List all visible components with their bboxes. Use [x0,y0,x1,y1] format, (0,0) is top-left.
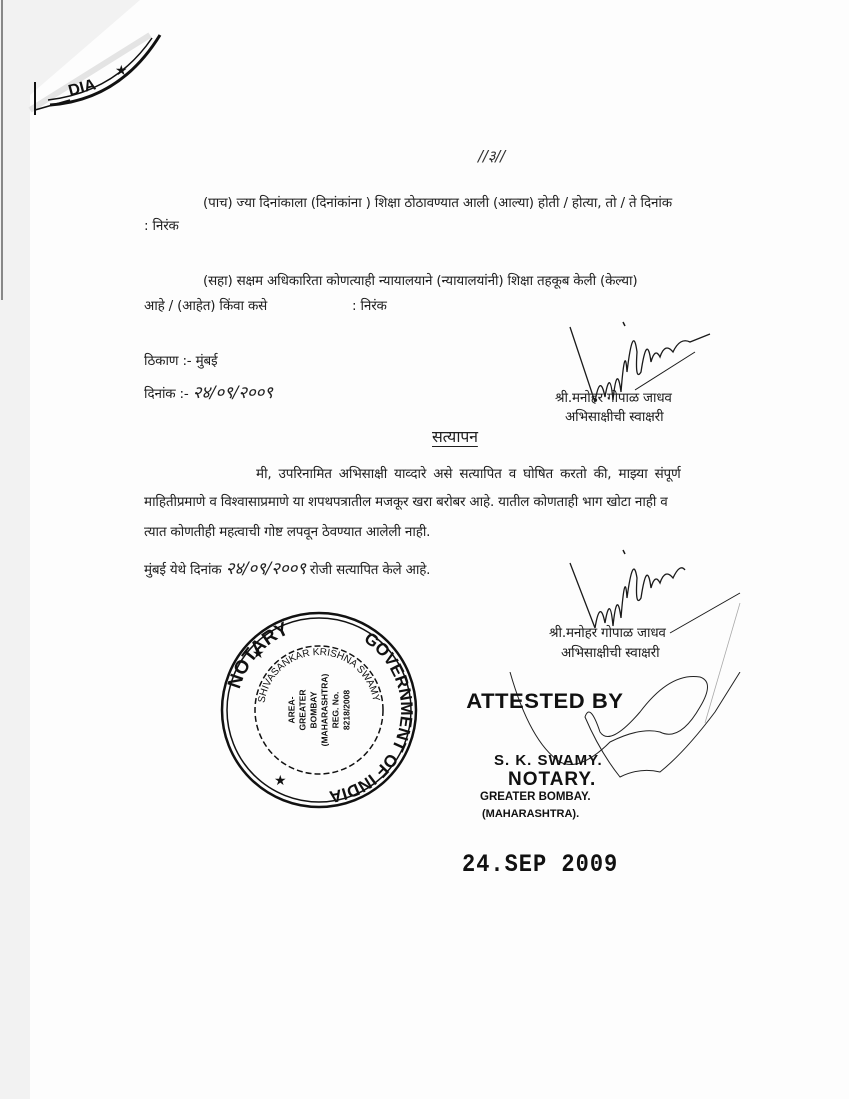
svg-text:★: ★ [115,63,128,79]
signature-2-caption: अभिसाक्षीची स्वाक्षरी [561,643,659,661]
document-page: DIA ★ //३// (पाच) ज्या दिनांकाला (दिनांक… [0,0,849,1099]
svg-text:BOMBAY: BOMBAY [309,691,319,728]
notary-name: S. K. SWAMY. [494,752,603,769]
svg-text:★: ★ [252,646,265,662]
svg-text:GREATER: GREATER [298,690,308,731]
verification-para-line2: माहितीप्रमाणे व विश्वासाप्रमाणे या शपथपत… [144,492,668,510]
svg-text:REG. No.: REG. No. [331,692,341,729]
item-six-line2-right: : निरंक [352,296,387,314]
verification-para-line3: त्यात कोणतीही महत्वाची गोष्ट लपवून ठेवण्… [144,522,430,540]
scan-edge-shadow [0,0,849,1099]
notary-title: NOTARY. [508,769,596,791]
verification-heading: सत्यापन [432,425,478,447]
verification-closing: मुंबई येथे दिनांक २४/०९/२००९ रोजी सत्याप… [144,556,430,579]
item-six-line1: (सहा) सक्षम अधिकारिता कोणत्याही न्यायालय… [203,271,637,289]
svg-text:(MAHARASHTRA): (MAHARASHTRA) [320,673,330,746]
notary-state: (MAHARASHTRA). [482,808,579,820]
date-label: दिनांक :- [144,386,193,402]
corner-seal-fragment: DIA ★ [30,30,170,120]
svg-text:8218/2008: 8218/2008 [342,690,352,730]
svg-text:★: ★ [274,773,287,789]
item-six-line2-left: आहे / (आहेत) किंवा कसे [144,296,267,314]
verification-para-line1: मी, उपरिनामित अभिसाक्षी याव्दारे असे सत्… [256,464,681,482]
date-value: २४/०९/२००९ [193,383,273,403]
closing-suffix: रोजी सत्यापित केले आहे. [306,562,431,578]
closing-prefix: मुंबई येथे दिनांक [144,562,226,578]
svg-text:DIA: DIA [67,76,98,100]
signature-1-name: श्री.मनोहर गोपाळ जाधव [555,388,672,406]
closing-date: २४/०९/२००९ [226,559,306,579]
signature-1-caption: अभिसाक्षीची स्वाक्षरी [565,407,663,425]
attested-by: ATTESTED BY [466,690,623,714]
svg-text:AREA-: AREA- [287,696,297,723]
item-five-line1: (पाच) ज्या दिनांकाला (दिनांकांना ) शिक्ष… [203,193,672,211]
date-stamp: 24.SEP 2009 [462,850,618,879]
place-line: ठिकाण :- मुंबई [144,351,217,369]
notary-city: GREATER BOMBAY. [480,791,591,803]
signature-2-name: श्री.मनोहर गोपाळ जाधव [549,623,666,641]
page-number: //३// [478,146,505,166]
notary-seal: NOTARY GOVERNMENT OF INDIA SHIVASANKAR K… [219,610,419,810]
place-value: मुंबई [196,353,218,369]
place-label: ठिकाण :- [144,353,196,369]
item-five-line2: : निरंक [144,216,179,234]
date-line: दिनांक :- २४/०९/२००९ [144,380,273,403]
